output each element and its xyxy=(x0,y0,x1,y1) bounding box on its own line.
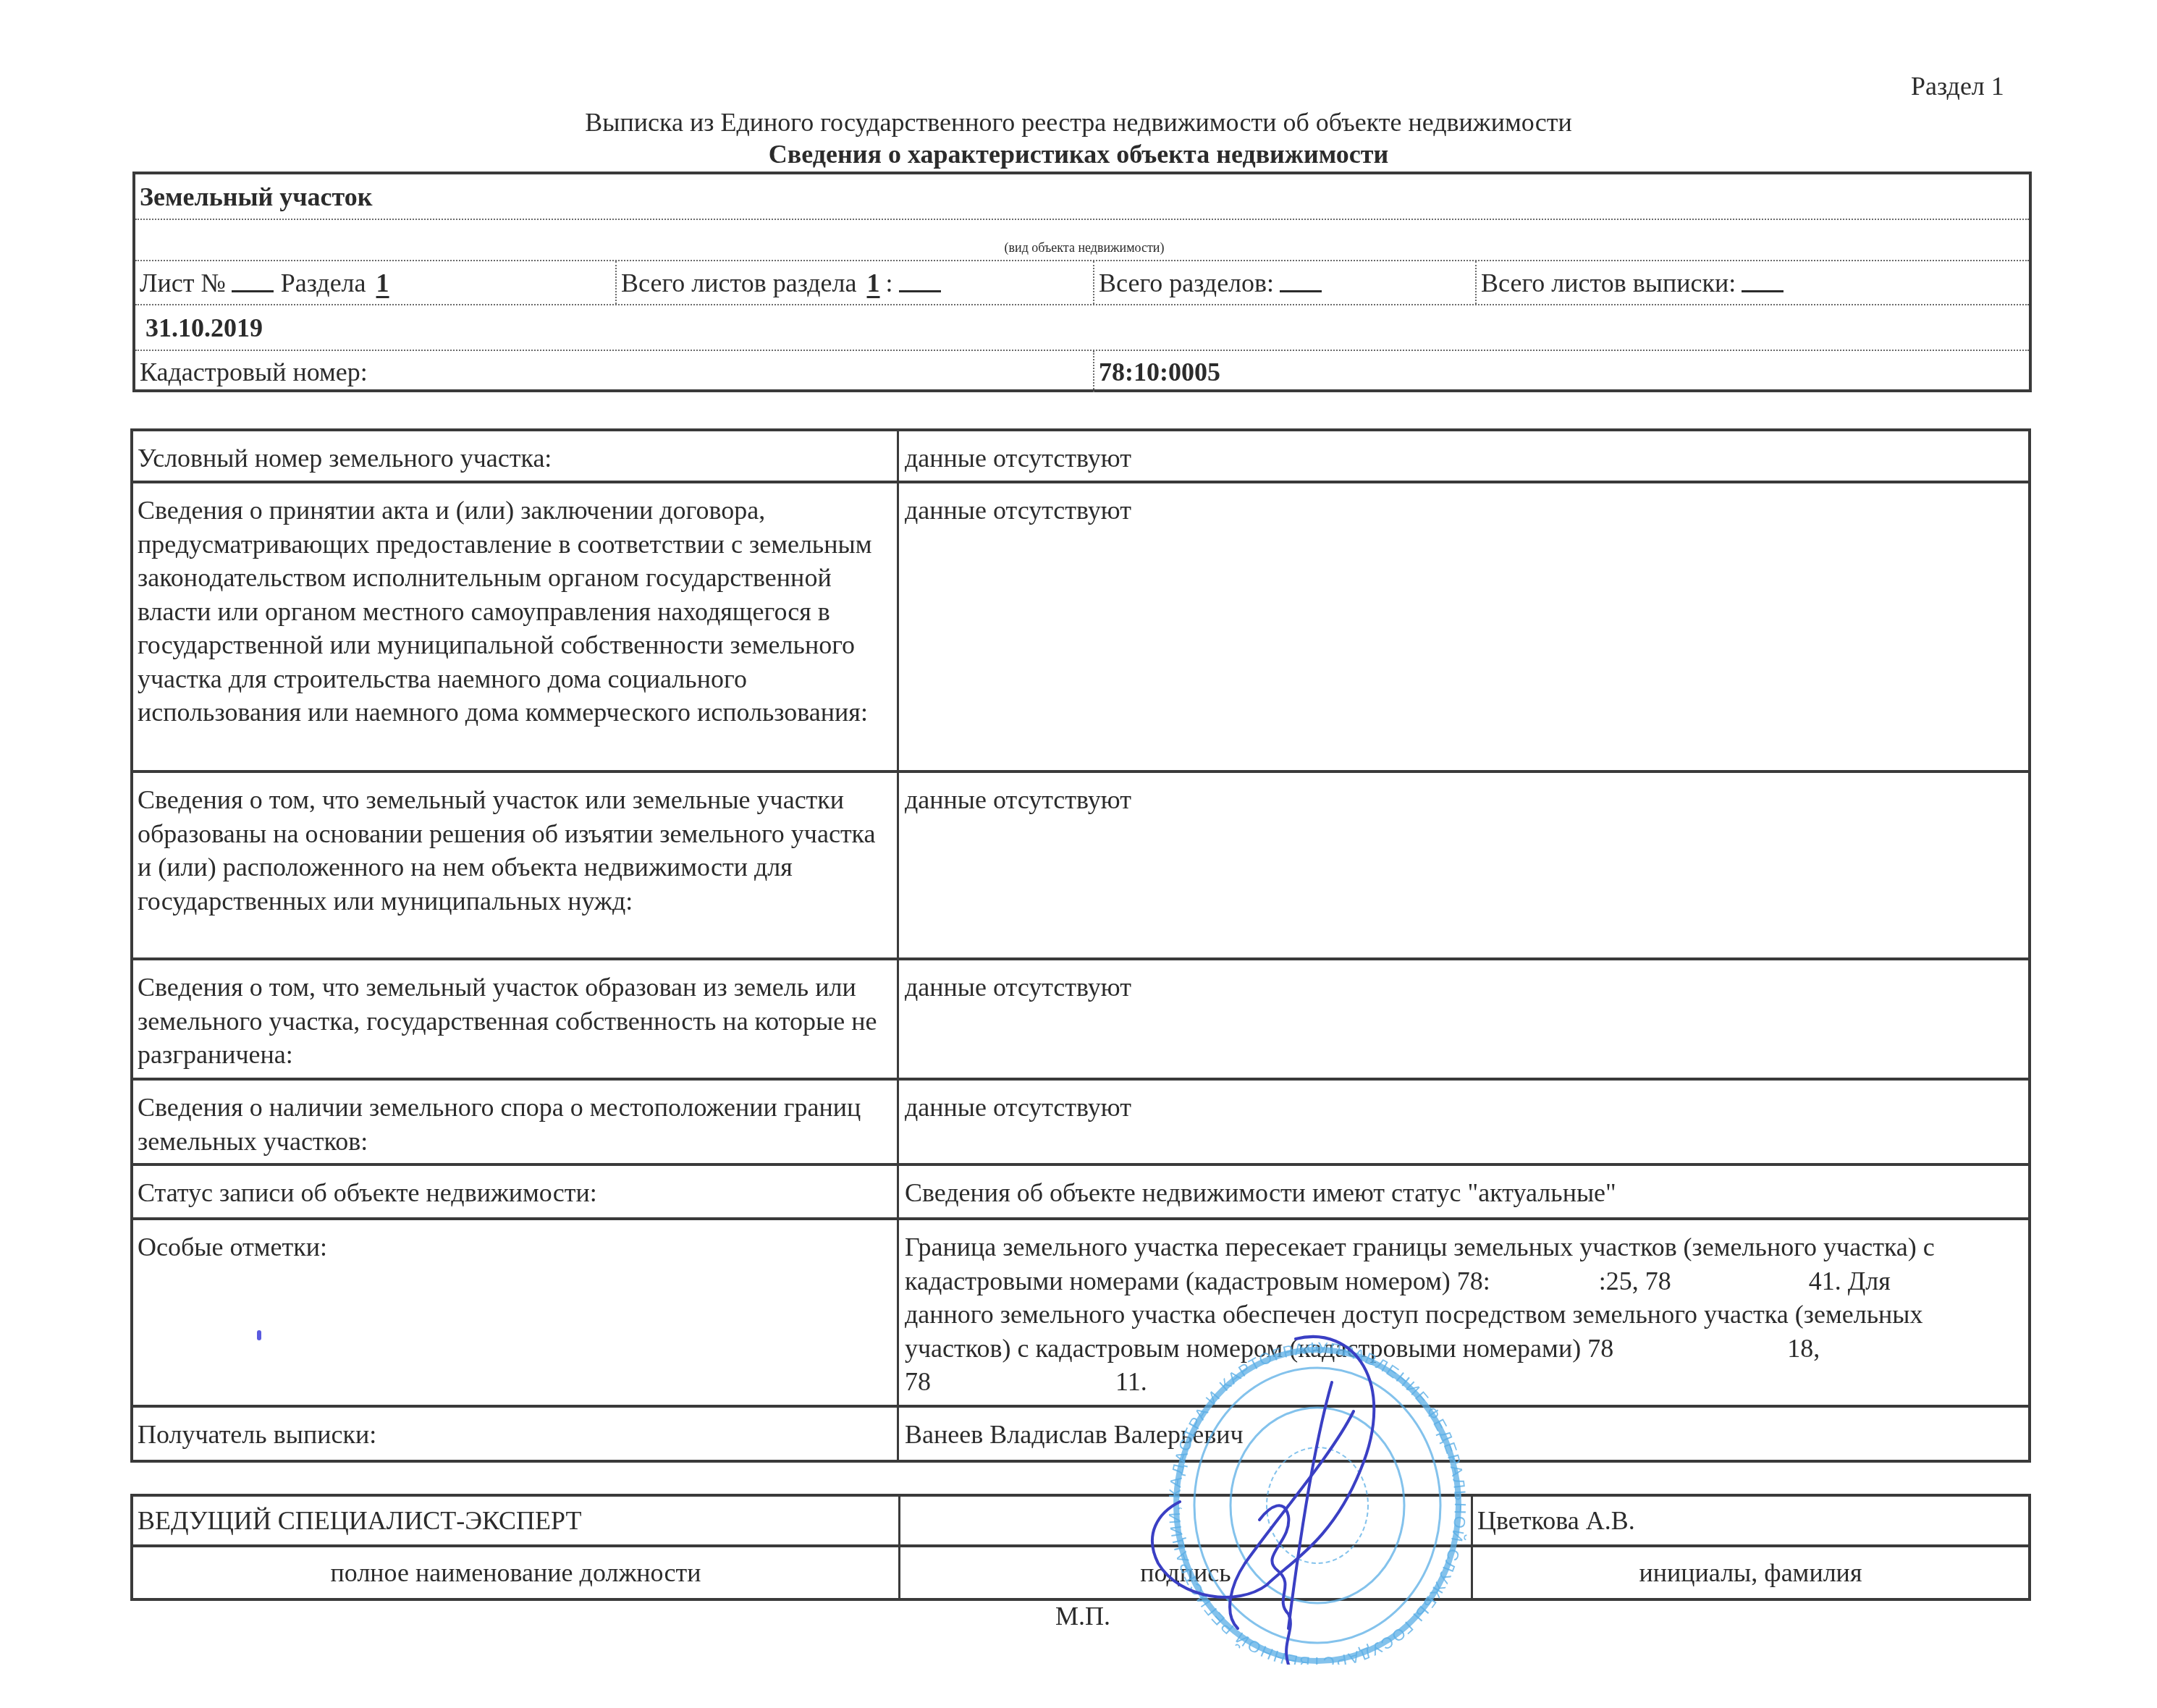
total-sheets-extract-blank xyxy=(1742,273,1784,292)
row-label: Сведения о том, что земельный участок об… xyxy=(133,960,899,1078)
total-sheets-section-label: Всего листов раздела xyxy=(621,268,857,298)
cadastral-number-value: 78:10:0005 xyxy=(1093,351,2029,392)
seal-mark: М.П. xyxy=(1055,1601,1110,1631)
cadastral-number-label: Кадастровый номер: xyxy=(135,351,1093,392)
table-row: Сведения о том, что земельный участок об… xyxy=(133,960,2028,1081)
cadastral-row: Кадастровый номер: 78:10:0005 xyxy=(135,351,2029,392)
row-value: Сведения об объекте недвижимости имеют с… xyxy=(899,1166,2028,1217)
table-row: Сведения о принятии акта и (или) заключе… xyxy=(133,483,2028,773)
note-line: Граница земельного участка пересекает гр… xyxy=(905,1230,2022,1264)
total-sheets-section-cell: Всего листов раздела 1 : xyxy=(615,261,1093,304)
table-row: Сведения о том, что земельный участок ил… xyxy=(133,773,2028,960)
section-of-value: 1 xyxy=(373,268,392,298)
row-value: данные отсутствуют xyxy=(899,483,2028,770)
section-of-label: Раздела xyxy=(281,268,366,298)
signature-values-row: ВЕДУЩИЙ СПЕЦИАЛИСТ-ЭКСПЕРТ Цветкова А.В. xyxy=(133,1497,2028,1547)
total-sections-cell: Всего разделов: xyxy=(1093,261,1475,304)
total-sheets-section-value: 1 xyxy=(864,268,883,298)
sheet-info-row: Лист № Раздела 1 Всего листов раздела 1 … xyxy=(135,261,2029,305)
object-type: Земельный участок xyxy=(135,174,2029,219)
row-label: Статус записи об объекте недвижимости: xyxy=(133,1166,899,1217)
signature-captions-row: полное наименование должности подпись ин… xyxy=(133,1547,2028,1598)
total-sections-label: Всего разделов: xyxy=(1099,268,1274,298)
object-type-caption: (вид объекта недвижимости) xyxy=(135,220,2029,260)
table-row: Условный номер земельного участка: данны… xyxy=(133,431,2028,483)
object-type-caption-row: (вид объекта недвижимости) xyxy=(135,220,2029,261)
date-row: 31.10.2019 xyxy=(135,305,2029,351)
row-label: Сведения о том, что земельный участок ил… xyxy=(133,773,899,957)
characteristics-table: Условный номер земельного участка: данны… xyxy=(130,428,2031,1463)
table-row-special-notes: Особые отметки: Граница земельного участ… xyxy=(133,1220,2028,1408)
table-row: Получатель выписки: Ванеев Владислав Вал… xyxy=(133,1408,2028,1460)
row-label: Особые отметки: xyxy=(133,1220,899,1405)
signature-caption: подпись xyxy=(898,1547,1471,1598)
document-subtitle: Сведения о характеристиках объекта недви… xyxy=(0,139,2157,169)
row-label: Получатель выписки: xyxy=(133,1408,899,1460)
row-label: Сведения о принятии акта и (или) заключе… xyxy=(133,483,899,770)
position-caption: полное наименование должности xyxy=(133,1547,898,1598)
row-label: Сведения о наличии земельного спора о ме… xyxy=(133,1081,899,1163)
note-line: кадастровыми номерами (кадастровым номер… xyxy=(905,1264,2022,1298)
sheet-no-label: Лист № xyxy=(140,268,226,298)
note-line: 7811. xyxy=(905,1365,2022,1399)
row-value: данные отсутствуют xyxy=(899,773,2028,957)
name-caption: инициалы, фамилия xyxy=(1471,1547,2028,1598)
signature-table: ВЕДУЩИЙ СПЕЦИАЛИСТ-ЭКСПЕРТ Цветкова А.В.… xyxy=(130,1494,2031,1601)
header-table: Земельный участок (вид объекта недвижимо… xyxy=(132,172,2032,392)
note-line: участков) с кадастровым номером (кадастр… xyxy=(905,1332,2022,1366)
ink-speck xyxy=(257,1330,261,1340)
total-sheets-section-blank xyxy=(899,273,941,292)
row-label: Условный номер земельного участка: xyxy=(133,431,899,481)
table-row: Сведения о наличии земельного спора о ме… xyxy=(133,1081,2028,1166)
sheet-number-cell: Лист № Раздела 1 xyxy=(135,261,615,304)
colon: : xyxy=(886,268,893,298)
special-notes-value: Граница земельного участка пересекает гр… xyxy=(899,1220,2028,1405)
row-value: данные отсутствуют xyxy=(899,1081,2028,1163)
extract-date: 31.10.2019 xyxy=(141,305,2029,350)
object-type-row: Земельный участок xyxy=(135,174,2029,220)
total-sheets-extract-cell: Всего листов выписки: xyxy=(1475,261,2029,304)
document-title: Выписка из Единого государственного реес… xyxy=(0,107,2157,138)
sheet-no-blank xyxy=(232,273,274,292)
note-line: данного земельного участка обеспечен дос… xyxy=(905,1298,2022,1332)
total-sheets-extract-label: Всего листов выписки: xyxy=(1481,268,1736,298)
section-label: Раздел 1 xyxy=(1911,71,2004,101)
signature-field xyxy=(898,1497,1471,1544)
row-value: Ванеев Владислав Валерьевич xyxy=(899,1408,2028,1460)
official-position: ВЕДУЩИЙ СПЕЦИАЛИСТ-ЭКСПЕРТ xyxy=(133,1497,898,1544)
row-value: данные отсутствуют xyxy=(899,960,2028,1078)
total-sections-blank xyxy=(1280,273,1322,292)
official-name: Цветкова А.В. xyxy=(1471,1497,2028,1544)
row-value: данные отсутствуют xyxy=(899,431,2028,481)
table-row: Статус записи об объекте недвижимости: С… xyxy=(133,1166,2028,1220)
